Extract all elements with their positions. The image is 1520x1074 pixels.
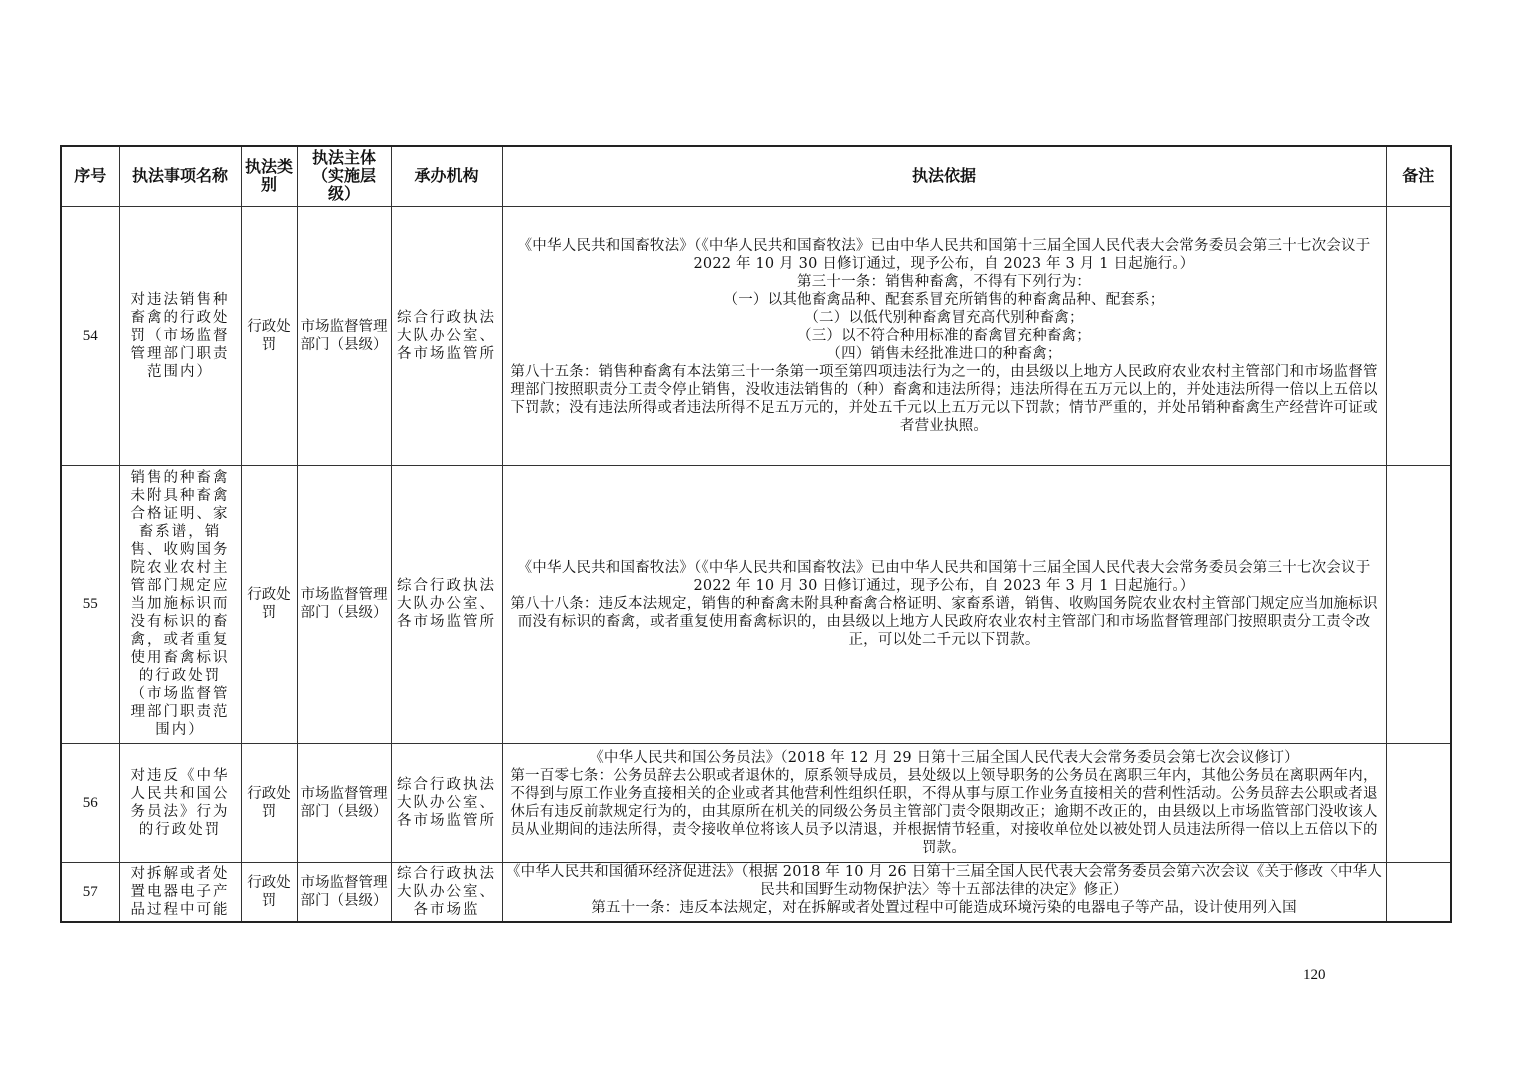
- page-number: 120: [1303, 967, 1326, 984]
- table-row: 55 销售的种畜禽未附具种畜禽合格证明、家畜系谱，销售、收购国务院农业农村主管部…: [61, 465, 1451, 743]
- basis-paragraph: 第三十一条：销售种畜禽，不得有下列行为：: [506, 273, 1383, 291]
- cell-handler: 综合行政执法大队办公室、各市场监管所: [391, 206, 502, 465]
- table-row: 54 对违法销售种畜禽的行政处罚（市场监督管理部门职责范围内） 行政处罚 市场监…: [61, 206, 1451, 465]
- basis-paragraph: 《中华人民共和国畜牧法》（《中华人民共和国畜牧法》已由中华人民共和国第十三届全国…: [506, 559, 1383, 595]
- header-handler: 承办机构: [391, 146, 502, 206]
- cell-category: 行政处罚: [241, 465, 297, 743]
- cell-seq: 56: [61, 743, 119, 862]
- basis-paragraph: 《中华人民共和国公务员法》（2018 年 12 月 29 日第十三届全国人民代表…: [506, 749, 1383, 767]
- cell-subject: 市场监督管理部门（县级）: [297, 206, 391, 465]
- cell-handler: 综合行政执法大队办公室、各市场监管所: [391, 465, 502, 743]
- enforcement-items-table: 序号 执法事项名称 执法类别 执法主体（实施层级） 承办机构 执法依据 备注 5…: [60, 145, 1452, 923]
- header-basis: 执法依据: [502, 146, 1386, 206]
- header-seq: 序号: [61, 146, 119, 206]
- table-header-row: 序号 执法事项名称 执法类别 执法主体（实施层级） 承办机构 执法依据 备注: [61, 146, 1451, 206]
- basis-paragraph: 第五十一条：违反本法规定，对在拆解或者处置过程中可能造成环境污染的电器电子等产品…: [506, 899, 1383, 917]
- cell-item-name: 对违法销售种畜禽的行政处罚（市场监督管理部门职责范围内）: [119, 206, 241, 465]
- cell-subject: 市场监督管理部门（县级）: [297, 743, 391, 862]
- basis-paragraph: 第八十八条：违反本法规定，销售的种畜禽未附具种畜禽合格证明、家畜系谱，销售、收购…: [506, 595, 1383, 649]
- cell-remark: [1386, 743, 1451, 862]
- cell-seq: 54: [61, 206, 119, 465]
- table-row: 57 对拆解或者处置电器电子产品过程中可能 行政处罚 市场监督管理部门（县级） …: [61, 862, 1451, 922]
- cell-subject: 市场监督管理部门（县级）: [297, 465, 391, 743]
- header-item-name: 执法事项名称: [119, 146, 241, 206]
- basis-paragraph: 《中华人民共和国畜牧法》（《中华人民共和国畜牧法》已由中华人民共和国第十三届全国…: [506, 237, 1383, 273]
- header-subject: 执法主体（实施层级）: [297, 146, 391, 206]
- basis-paragraph: （三）以不符合种用标准的畜禽冒充种畜禽；: [506, 327, 1383, 345]
- cell-item-name: 对拆解或者处置电器电子产品过程中可能: [119, 862, 241, 922]
- cell-basis: 《中华人民共和国公务员法》（2018 年 12 月 29 日第十三届全国人民代表…: [502, 743, 1386, 862]
- cell-category: 行政处罚: [241, 862, 297, 922]
- cell-remark: [1386, 862, 1451, 922]
- table-row: 56 对违反《中华人民共和国公务员法》行为的行政处罚 行政处罚 市场监督管理部门…: [61, 743, 1451, 862]
- cell-subject: 市场监督管理部门（县级）: [297, 862, 391, 922]
- basis-paragraph: （一）以其他畜禽品种、配套系冒充所销售的种畜禽品种、配套系；: [506, 291, 1383, 309]
- cell-basis: 《中华人民共和国循环经济促进法》（根据 2018 年 10 月 26 日第十三届…: [502, 862, 1386, 922]
- cell-remark: [1386, 206, 1451, 465]
- cell-item-name: 对违反《中华人民共和国公务员法》行为的行政处罚: [119, 743, 241, 862]
- cell-seq: 57: [61, 862, 119, 922]
- cell-item-name: 销售的种畜禽未附具种畜禽合格证明、家畜系谱，销售、收购国务院农业农村主管部门规定…: [119, 465, 241, 743]
- cell-basis: 《中华人民共和国畜牧法》（《中华人民共和国畜牧法》已由中华人民共和国第十三届全国…: [502, 206, 1386, 465]
- basis-paragraph: 第一百零七条：公务员辞去公职或者退休的，原系领导成员，县处级以上领导职务的公务员…: [506, 767, 1383, 857]
- basis-paragraph: 第八十五条：销售种畜禽有本法第三十一条第一项至第四项违法行为之一的，由县级以上地…: [506, 363, 1383, 435]
- header-remark: 备注: [1386, 146, 1451, 206]
- cell-handler: 综合行政执法大队办公室、各市场监管所: [391, 743, 502, 862]
- basis-paragraph: （二）以低代别种畜禽冒充高代别种畜禽；: [506, 309, 1383, 327]
- cell-category: 行政处罚: [241, 743, 297, 862]
- cell-seq: 55: [61, 465, 119, 743]
- cell-handler: 综合行政执法大队办公室、各市场监: [391, 862, 502, 922]
- basis-paragraph: 《中华人民共和国循环经济促进法》（根据 2018 年 10 月 26 日第十三届…: [506, 863, 1383, 899]
- cell-basis: 《中华人民共和国畜牧法》（《中华人民共和国畜牧法》已由中华人民共和国第十三届全国…: [502, 465, 1386, 743]
- cell-category: 行政处罚: [241, 206, 297, 465]
- header-category: 执法类别: [241, 146, 297, 206]
- basis-paragraph: （四）销售未经批准进口的种畜禽；: [506, 345, 1383, 363]
- cell-remark: [1386, 465, 1451, 743]
- document-page: 序号 执法事项名称 执法类别 执法主体（实施层级） 承办机构 执法依据 备注 5…: [0, 0, 1520, 1074]
